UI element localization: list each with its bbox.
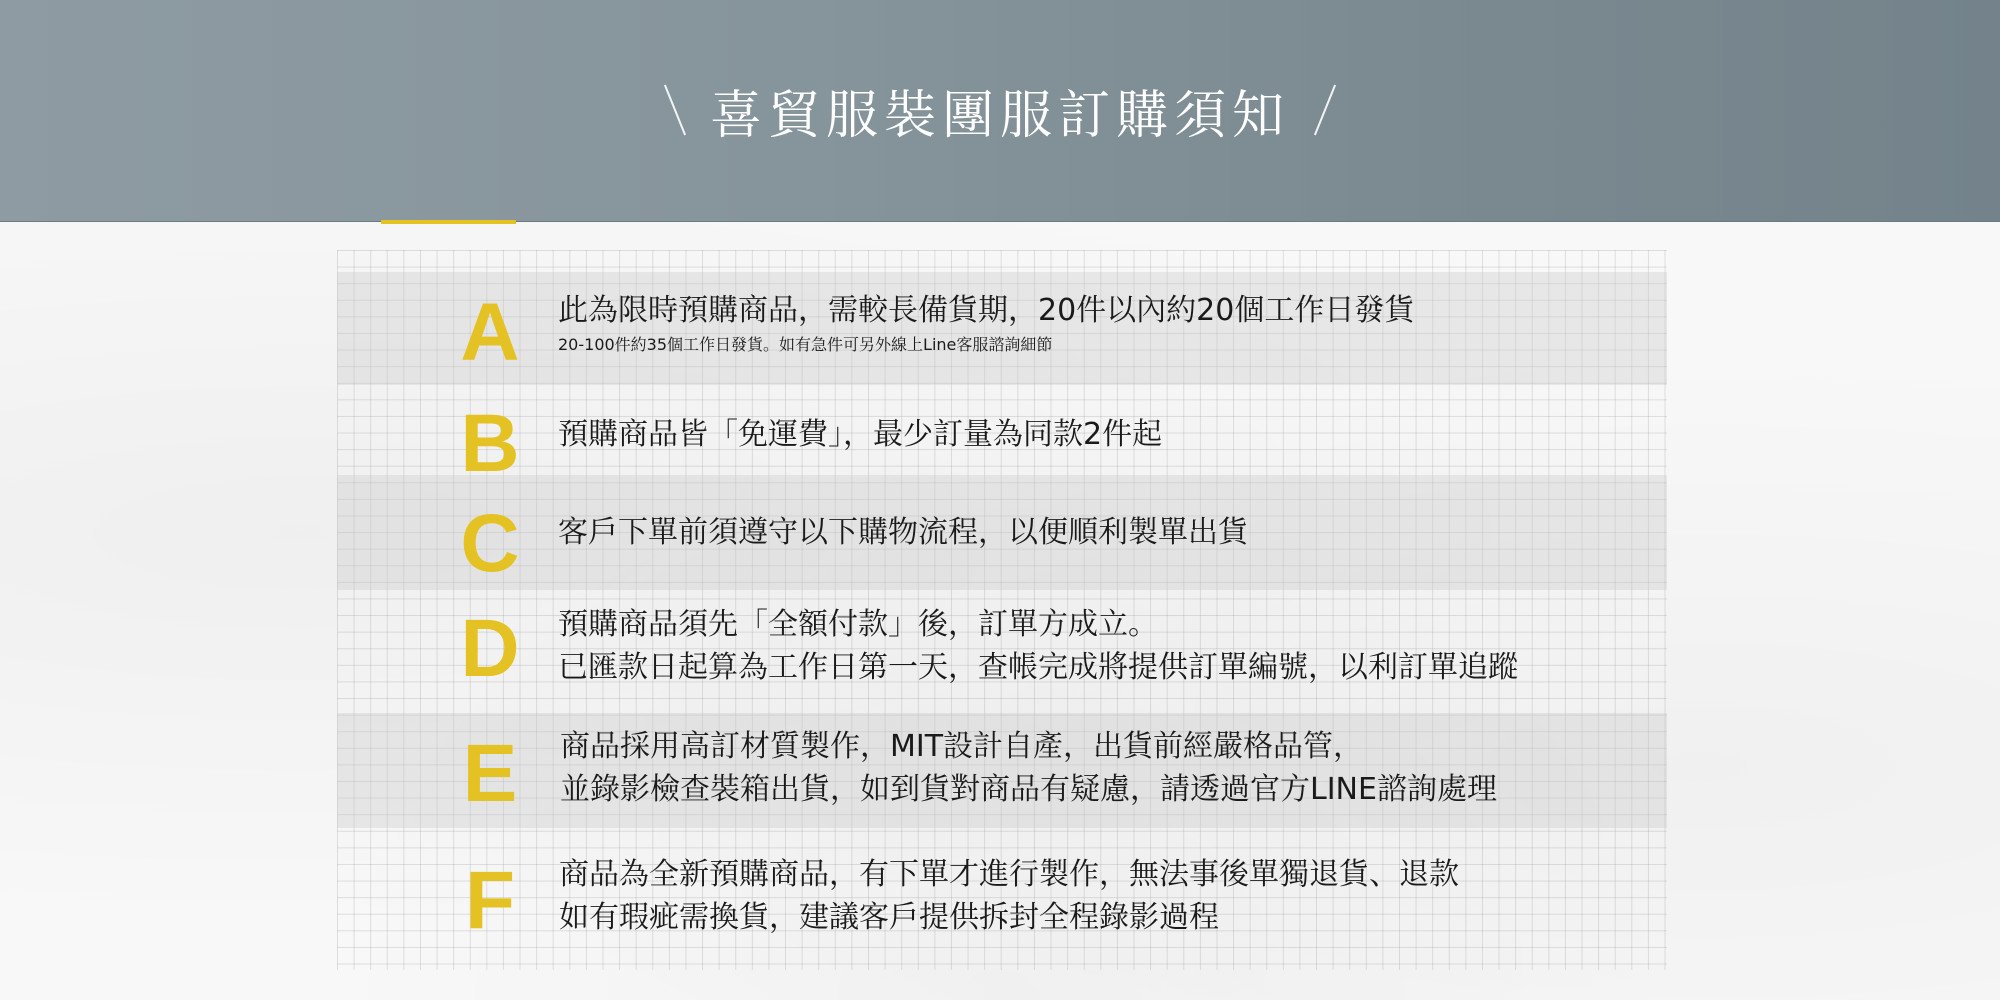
item-text: 此為限時預購商品，需較長備貨期，20件以內約20個工作日發貨 20-100件約3… [558, 289, 1414, 356]
item-line: 預購商品皆「免運費」，最少訂量為同款2件起 [558, 417, 1162, 452]
item-line: 此為限時預購商品，需較長備貨期，20件以內約20個工作日發貨 [558, 293, 1414, 328]
page-title: 喜貿服裝團服訂購須知 [710, 73, 1290, 148]
item-text: 客戶下單前須遵守以下購物流程，以便順利製單出貨 [558, 511, 1248, 554]
header-banner: 喜貿服裝團服訂購須知 [0, 0, 2000, 222]
item-line: 商品採用高訂材質製作，MIT設計自產，出貨前經嚴格品管， [560, 725, 1497, 768]
item-line: 商品為全新預購商品，有下單才進行製作，無法事後單獨退貨、退款 [559, 853, 1459, 896]
item-letter: E [455, 733, 525, 815]
item-letter: A [455, 292, 525, 374]
right-slash-decoration [1314, 85, 1336, 136]
notice-item-f: F 商品為全新預購商品，有下單才進行製作，無法事後單獨退貨、退款 如有瑕疵需換貨… [337, 835, 1667, 950]
item-line: 如有瑕疵需換貨，建議客戶提供拆封全程錄影過程 [559, 896, 1459, 939]
item-text: 商品採用高訂材質製作，MIT設計自產，出貨前經嚴格品管， 並錄影檢查裝箱出貨，如… [560, 725, 1497, 811]
item-letter: C [455, 503, 525, 585]
item-letter: D [455, 608, 525, 690]
notice-item-d: D 預購商品須先「全額付款」後，訂單方成立。 已匯款日起算為工作日第一天，查帳完… [337, 595, 1667, 710]
item-line: 並錄影檢查裝箱出貨，如到貨對商品有疑慮，請透過官方LINE諮詢處理 [560, 768, 1497, 811]
item-letter: B [455, 403, 525, 485]
item-text: 預購商品皆「免運費」，最少訂量為同款2件起 [558, 413, 1162, 456]
item-line: 客戶下單前須遵守以下購物流程，以便順利製單出貨 [558, 515, 1248, 550]
notice-item-a: A 此為限時預購商品，需較長備貨期，20件以內約20個工作日發貨 20-100件… [337, 272, 1667, 385]
left-slash-decoration [664, 85, 686, 136]
item-line: 已匯款日起算為工作日第一天，查帳完成將提供訂單編號，以利訂單追蹤 [558, 646, 1518, 689]
item-subtext: 20-100件約35個工作日發貨。如有急件可另外線上Line客服諮詢細節 [558, 334, 1414, 356]
item-text: 商品為全新預購商品，有下單才進行製作，無法事後單獨退貨、退款 如有瑕疵需換貨，建… [559, 853, 1459, 939]
item-text: 預購商品須先「全額付款」後，訂單方成立。 已匯款日起算為工作日第一天，查帳完成將… [558, 603, 1518, 689]
notice-item-c: C 客戶下單前須遵守以下購物流程，以便順利製單出貨 [337, 475, 1667, 590]
title-container: 喜貿服裝團服訂購須知 [0, 70, 2000, 150]
item-line: 預購商品須先「全額付款」後，訂單方成立。 [558, 603, 1518, 646]
accent-underline [381, 220, 516, 224]
notice-item-e: E 商品採用高訂材質製作，MIT設計自產，出貨前經嚴格品管， 並錄影檢查裝箱出貨… [337, 713, 1667, 828]
notice-item-b: B 預購商品皆「免運費」，最少訂量為同款2件起 [337, 390, 1667, 473]
item-letter: F [455, 860, 525, 942]
